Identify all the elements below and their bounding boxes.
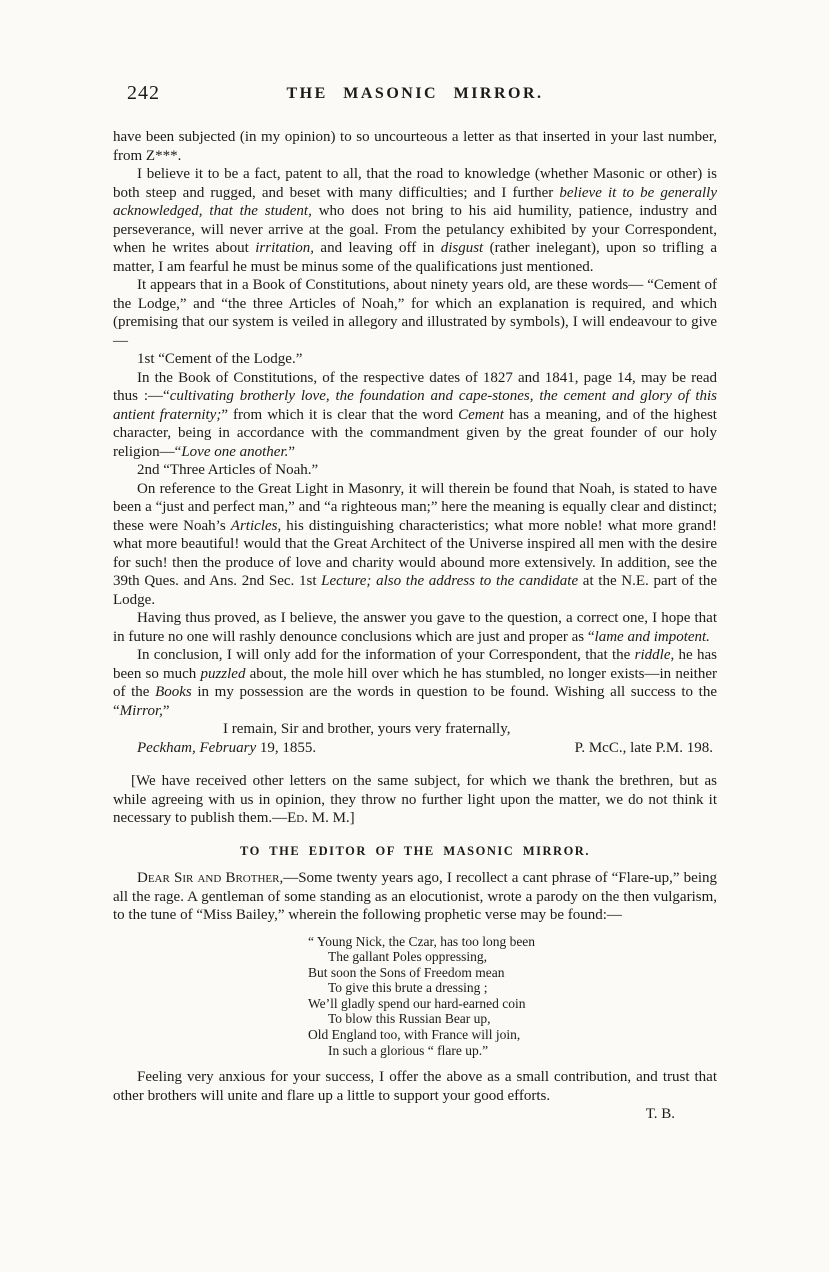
paragraph: Dear Sir and Brother,—Some twenty years … xyxy=(113,869,717,925)
paragraph: On reference to the Great Light in Mason… xyxy=(113,480,717,610)
text-segment: Dear Sir and Brother xyxy=(137,870,279,886)
verse-line: To give this brute a dressing ; xyxy=(328,980,717,996)
text-segment: ” xyxy=(163,703,170,719)
text-segment: 1st “Cement of the Lodge.” xyxy=(137,351,302,367)
verse-line: Old England too, with France will join, xyxy=(308,1027,717,1043)
text-segment: Cement xyxy=(458,407,504,423)
paragraph: have been subjected (in my opinion) to s… xyxy=(113,128,717,165)
text-segment: [We have received other letters on the s… xyxy=(113,773,717,826)
text-segment: Lecture; also the address to the candida… xyxy=(321,573,578,589)
text-segment: lame and impotent. xyxy=(595,629,710,645)
text-segment: ” from which it is clear that the word xyxy=(221,407,458,423)
text-segment: It appears that in a Book of Constitutio… xyxy=(113,277,717,349)
text-segment: puzzled xyxy=(200,666,245,682)
text-segment: Love one another. xyxy=(181,444,288,460)
text-segment: . M. M.] xyxy=(304,810,354,826)
text-segment: have been subjected (in my opinion) to s… xyxy=(113,129,717,164)
text-segment: Feeling very anxious for your success, I… xyxy=(113,1069,717,1104)
text-segment: ” xyxy=(288,444,295,460)
dateline: Peckham, February 19, 1855. xyxy=(113,739,316,758)
paragraph: Feeling very anxious for your success, I… xyxy=(113,1068,717,1105)
verse-line: But soon the Sons of Freedom mean xyxy=(308,965,717,981)
verse-line: To blow this Russian Bear up, xyxy=(328,1011,717,1027)
page-number: 242 xyxy=(127,82,160,105)
paragraph: In the Book of Constitutions, of the res… xyxy=(113,369,717,462)
text-segment: riddle xyxy=(635,647,671,663)
text-segment: In conclusion, I will only add for the i… xyxy=(137,647,635,663)
scanned-page: 242 THE MASONIC MIRROR. have been subjec… xyxy=(0,0,829,1272)
running-head: 242 THE MASONIC MIRROR. xyxy=(113,82,717,106)
text-segment: Mirror, xyxy=(120,703,163,719)
list-item-2nd: 2nd “Three Articles of Noah.” xyxy=(113,461,717,480)
section-heading: TO THE EDITOR OF THE MASONIC MIRROR. xyxy=(113,842,717,861)
verse-line: The gallant Poles oppressing, xyxy=(328,949,717,965)
page-body: have been subjected (in my opinion) to s… xyxy=(113,128,717,1124)
verse-line: We’ll gladly spend our hard-earned coin xyxy=(308,996,717,1012)
text-segment: Books xyxy=(155,684,192,700)
text-segment: in my possession are the words in questi… xyxy=(113,684,717,719)
letter1-signature: P. McC., late P.M. 198. xyxy=(575,739,717,758)
text-segment: disgust xyxy=(441,240,484,256)
paragraph: It appears that in a Book of Constitutio… xyxy=(113,276,717,350)
editor-note: [We have received other letters on the s… xyxy=(113,772,717,828)
text-segment: Articles xyxy=(231,518,278,534)
verse-line: In such a glorious “ flare up.” xyxy=(328,1043,717,1059)
verse-line: “ Young Nick, the Czar, has too long bee… xyxy=(308,934,717,950)
text-segment: Peckham, February xyxy=(137,740,256,756)
paragraph: In conclusion, I will only add for the i… xyxy=(113,646,717,720)
text-segment: and leaving off in xyxy=(314,240,441,256)
page-title: THE MASONIC MIRROR. xyxy=(113,82,717,103)
list-item-1st: 1st “Cement of the Lodge.” xyxy=(113,350,717,369)
text-segment: 19, 1855. xyxy=(256,740,316,756)
text-segment: I remain, Sir and brother, yours very fr… xyxy=(223,721,511,737)
text-segment: irritation, xyxy=(255,240,314,256)
letter-closing: I remain, Sir and brother, yours very fr… xyxy=(223,720,717,739)
paragraph: Having thus proved, as I believe, the an… xyxy=(113,609,717,646)
text-segment: 2nd “Three Articles of Noah.” xyxy=(137,462,318,478)
signature-row: Peckham, February 19, 1855. P. McC., lat… xyxy=(113,739,717,758)
letter2-signature: T. B. xyxy=(113,1105,717,1124)
verse-block: “ Young Nick, the Czar, has too long bee… xyxy=(308,934,717,1059)
paragraph: I believe it to be a fact, patent to all… xyxy=(113,165,717,276)
text-segment: Ed xyxy=(287,810,304,826)
